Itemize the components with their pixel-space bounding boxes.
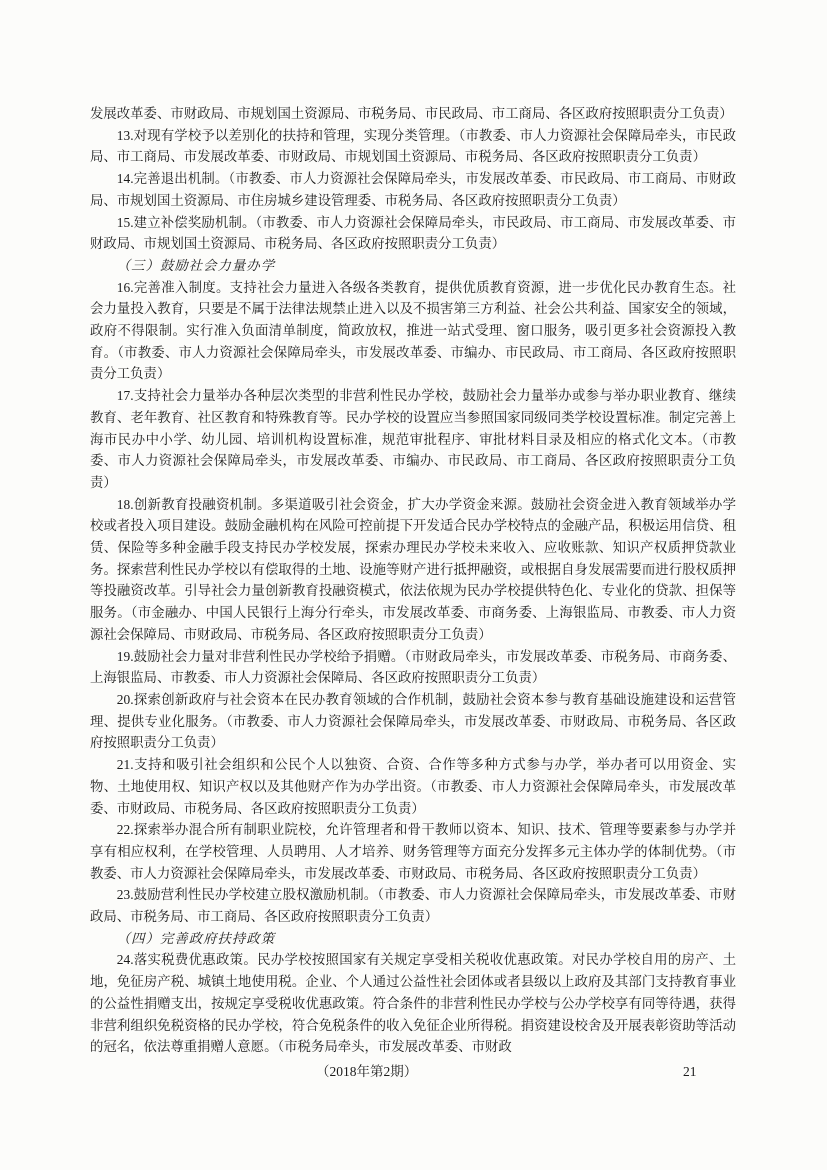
paragraph: 18.创新教育投融资机制。多渠道吸引社会资金，扩大办学资金来源。鼓励社会资金进入… bbox=[90, 494, 736, 646]
document-body: 发展改革委、市财政局、市规划国土资源局、市税务局、市民政局、市工商局、各区政府按… bbox=[90, 103, 736, 1058]
document-page: 发展改革委、市财政局、市规划国土资源局、市税务局、市民政局、市工商局、各区政府按… bbox=[0, 0, 827, 1170]
paragraph: 17.支持社会力量举办各种层次类型的非营利性民办学校，鼓励社会力量举办或参与举办… bbox=[90, 385, 736, 494]
issue-label: （2018年第2期） bbox=[316, 1062, 417, 1082]
paragraph: 15.建立补偿奖励机制。（市教委、市人力资源社会保障局牵头，市民政局、市工商局、… bbox=[90, 212, 736, 255]
paragraph: 23.鼓励营利性民办学校建立股权激励机制。（市教委、市人力资源社会保障局牵头，市… bbox=[90, 884, 736, 927]
paragraph: 22.探索举办混合所有制职业院校，允许管理者和骨干教师以资本、知识、技术、管理等… bbox=[90, 819, 736, 884]
continuation-paragraph: 发展改革委、市财政局、市规划国土资源局、市税务局、市民政局、市工商局、各区政府按… bbox=[90, 103, 736, 125]
section-heading: （四）完善政府扶持政策 bbox=[90, 928, 736, 950]
paragraph: 24.落实税费优惠政策。民办学校按照国家有关规定享受相关税收优惠政策。对民办学校… bbox=[90, 949, 736, 1058]
section-heading: （三）鼓励社会力量办学 bbox=[90, 255, 736, 277]
paragraph: 13.对现有学校予以差别化的扶持和管理，实现分类管理。（市教委、市人力资源社会保… bbox=[90, 125, 736, 168]
paragraph: 20.探索创新政府与社会资本在民办教育领域的合作机制，鼓励社会资本参与教育基础设… bbox=[90, 689, 736, 754]
paragraph: 21.支持和吸引社会组织和公民个人以独资、合资、合作等多种方式参与办学，举办者可… bbox=[90, 754, 736, 819]
paragraph: 19.鼓励社会力量对非营利性民办学校给予捐赠。（市财政局牵头，市发展改革委、市税… bbox=[90, 646, 736, 689]
paragraph: 14.完善退出机制。（市教委、市人力资源社会保障局牵头，市发展改革委、市民政局、… bbox=[90, 168, 736, 211]
page-number: 21 bbox=[683, 1062, 697, 1082]
page-footer: （2018年第2期） 21 bbox=[90, 1062, 736, 1086]
paragraph: 16.完善准入制度。支持社会力量进入各级各类教育，提供优质教育资源，进一步优化民… bbox=[90, 277, 736, 386]
